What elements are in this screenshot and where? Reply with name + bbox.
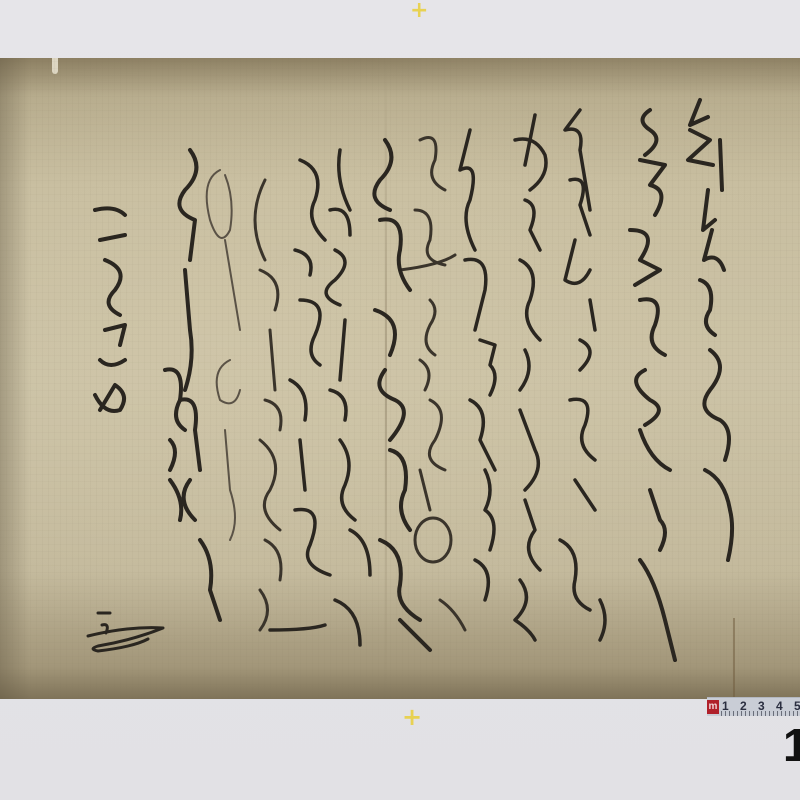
column-1 <box>688 100 732 560</box>
column-12 <box>179 150 220 620</box>
catalog-card-number: 1 <box>783 722 800 768</box>
column-5 <box>460 130 495 600</box>
column-14 <box>95 208 125 411</box>
calligraphy-strokes <box>0 0 800 800</box>
ruler-ticks <box>721 711 800 716</box>
column-7 <box>374 140 430 650</box>
registration-mark-bottom: + <box>402 703 422 731</box>
column-2 <box>630 110 675 660</box>
scale-ruler: m 1 2 3 4 5 <box>707 697 800 716</box>
column-10 <box>255 180 281 630</box>
column-8 <box>326 150 370 645</box>
column-11 <box>207 170 240 540</box>
column-4 <box>515 115 546 640</box>
column-3 <box>560 110 605 640</box>
ruler-logo: m <box>707 700 719 714</box>
signature <box>88 613 163 651</box>
column-6 <box>400 138 465 631</box>
